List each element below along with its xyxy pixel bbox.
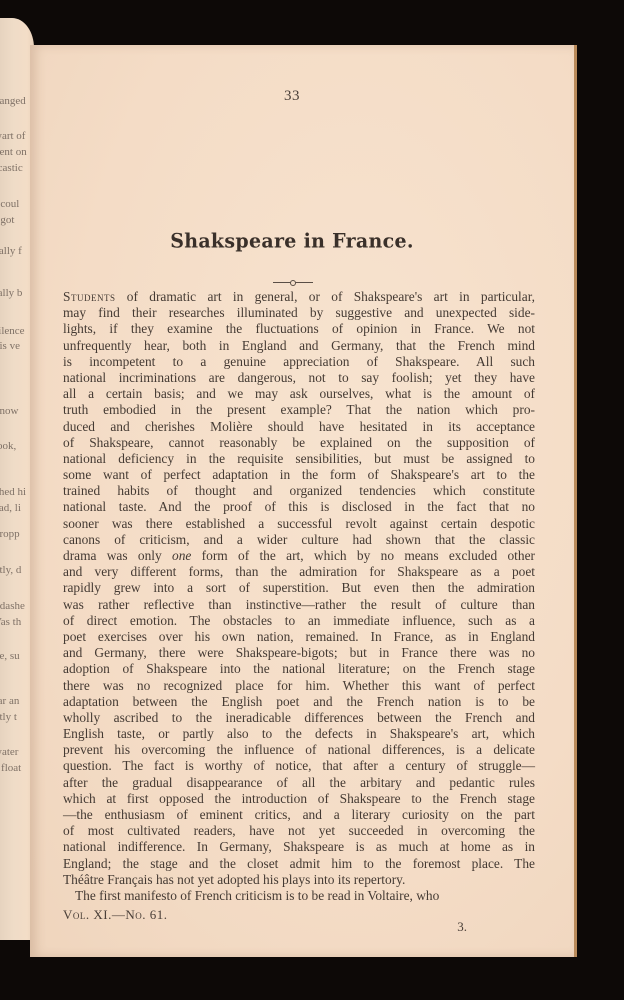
book-page: 33 Shakspeare in France. Students of dra… [30,45,574,957]
page-number: 33 [30,88,574,105]
text-line: national indifference. In Germany, Shaks… [63,839,535,855]
facing-page-text-fragment: water [0,746,18,758]
text-span: poet exercises over his own nation, rema… [63,629,535,644]
facing-page-text-fragment: silence [0,325,25,337]
text-line: national incriminations are dangerous, n… [63,370,535,386]
text-span: prevent his overcoming the influence of … [63,742,535,757]
text-span: unfrequently hear, both in England and G… [63,338,535,353]
text-line: The first manifesto of French criticism … [63,888,535,904]
drop-lead-word: Students [63,289,115,304]
text-span: of most cultivated readers, have not yet… [63,823,535,838]
text-line: England; the stage and the closet admit … [63,856,535,872]
text-span: canons of criticism, and a wider culture… [63,532,535,547]
article-title: Shakspeare in France. [30,230,574,252]
text-span: English taste, or partly also to the def… [63,726,535,741]
facing-page-text-fragment: l dashe [0,600,25,612]
page-number-text: 33 [284,88,300,105]
text-line: which at first opposed the introduction … [63,791,535,807]
text-span: of direct emotion. The obstacles to an i… [63,613,535,628]
text-span: lights, if they examine the fluctuations… [63,321,535,336]
volume-number: Vol. XI.—No. 61. [63,907,168,923]
text-span: Théâtre Français has not yet adopted his… [63,872,405,887]
signature-mark: 3. [457,919,467,935]
text-span: adaptation between the English poet and … [63,694,535,709]
text-span: there was no recognized place for him. W… [63,678,535,693]
text-line: of Shakspeare, cannot reasonably be expl… [63,435,535,451]
facing-page-text-fragment: dropp [0,528,20,540]
text-line: poet exercises over his own nation, rema… [63,629,535,645]
facing-page-text-fragment: ntly t [0,711,17,723]
text-span: may find their researches illuminated by… [63,305,535,320]
facing-page-text-fragment: know [0,405,18,417]
emphasis-text: one [172,548,191,563]
facing-page-text-fragment: ead, li [0,502,21,514]
text-span: drama was only [63,548,172,563]
text-span: and Germany, there were Shakspeare-bigot… [63,645,535,660]
text-span: national incriminations are dangerous, n… [63,370,535,385]
text-line: truth embodied in the present example? T… [63,402,535,418]
text-span: national indifference. In Germany, Shaks… [63,839,535,854]
facing-page: hangedwart ofnent onrcasticI coulI gotca… [0,18,34,940]
text-line: drama was only one form of the art, whic… [63,548,535,564]
text-span: national deficiency in the requisite sen… [63,451,535,466]
text-span: sooner was there established a successfu… [63,516,535,531]
text-span: some want of perfect adaptation in the f… [63,467,535,482]
text-line: there was no recognized place for him. W… [63,678,535,694]
facing-page-text-fragment: cally f [0,245,22,257]
facing-page-text-fragment: I coul [0,198,19,210]
facing-page-text-fragment: s float [0,762,21,774]
text-span: question. The fact is worthy of notice, … [63,758,535,773]
facing-page-text-fragment: nent on [0,146,27,158]
text-line: after the gradual disappearance of all t… [63,775,535,791]
text-span: all a certain basis; and we may ask ours… [63,386,535,401]
text-line: was rather reflective than instinctive—r… [63,597,535,613]
text-span: national taste. And the proof of this is… [63,499,535,514]
text-span: duced and cherishes Molière should have … [63,419,535,434]
text-line: trained habits of thought and organized … [63,483,535,499]
text-span: England; the stage and the closet admit … [63,856,535,871]
facing-page-text-fragment: his ve [0,340,20,352]
text-span: after the gradual disappearance of all t… [63,775,535,790]
article-title-text: Shakspeare in France. [170,229,414,252]
text-line: —the enthusiasm of eminent critics, and … [63,807,535,823]
text-span: was rather reflective than instinctive—r… [63,597,535,612]
text-span: of dramatic art in general, or of Shaksp… [115,289,535,304]
text-line: rapidly grew into a sort of superstition… [63,580,535,596]
text-line: is incompetent to a genuine appreciation… [63,354,535,370]
text-line: duced and cherishes Molière should have … [63,419,535,435]
text-line: some want of perfect adaptation in the f… [63,467,535,483]
text-line: sooner was there established a successfu… [63,516,535,532]
text-span: and very different forms, than the admir… [63,564,535,579]
text-line: lights, if they examine the fluctuations… [63,321,535,337]
text-line: canons of criticism, and a wider culture… [63,532,535,548]
text-span: adoption of Shakspeare into the national… [63,661,535,676]
text-line: adaptation between the English poet and … [63,694,535,710]
text-span: which at first opposed the introduction … [63,791,535,806]
text-line: Théâtre Français has not yet adopted his… [63,872,535,888]
text-line: adoption of Shakspeare into the national… [63,661,535,677]
text-line: and Germany, there were Shakspeare-bigot… [63,645,535,661]
text-span: rapidly grew into a sort of superstition… [63,580,535,595]
text-span: truth embodied in the present example? T… [63,402,535,417]
facing-page-text-fragment: far an [0,695,19,707]
text-span: of Shakspeare, cannot reasonably be expl… [63,435,535,450]
facing-page-text-fragment: ntly, d [0,564,21,576]
text-line: English taste, or partly also to the def… [63,726,535,742]
text-line: and very different forms, than the admir… [63,564,535,580]
text-span: wholly ascribed to the ineradicable diff… [63,710,535,725]
text-line: national deficiency in the requisite sen… [63,451,535,467]
text-line: prevent his overcoming the influence of … [63,742,535,758]
text-span: is incompetent to a genuine appreciation… [63,354,535,369]
facing-page-text-fragment: rcastic [0,162,23,174]
text-line: question. The fact is worthy of notice, … [63,758,535,774]
text-span: trained habits of thought and organized … [63,483,535,498]
facing-page-text-fragment: hanged [0,95,26,107]
facing-page-text-fragment: Vas th [0,616,21,628]
text-span: form of the art, which by no means exclu… [191,548,535,563]
text-line: all a certain basis; and we may ask ours… [63,386,535,402]
article-body: Students of dramatic art in general, or … [63,289,535,904]
facing-page-text-fragment: wart of [0,130,25,142]
text-line: Students of dramatic art in general, or … [63,289,535,305]
text-line: of direct emotion. The obstacles to an i… [63,613,535,629]
facing-page-text-fragment: rally b [0,287,22,299]
text-span: —the enthusiasm of eminent critics, and … [63,807,535,822]
facing-page-text-fragment: look, [0,440,16,452]
facing-page-text-fragment: I got [0,214,14,226]
text-line: may find their researches illuminated by… [63,305,535,321]
facing-page-text-fragment: ne, su [0,650,20,662]
text-line: unfrequently hear, both in England and G… [63,338,535,354]
text-line: of most cultivated readers, have not yet… [63,823,535,839]
facing-page-text-fragment: ched hi [0,486,26,498]
text-span: The first manifesto of French criticism … [75,888,439,903]
text-line: wholly ascribed to the ineradicable diff… [63,710,535,726]
text-line: national taste. And the proof of this is… [63,499,535,515]
